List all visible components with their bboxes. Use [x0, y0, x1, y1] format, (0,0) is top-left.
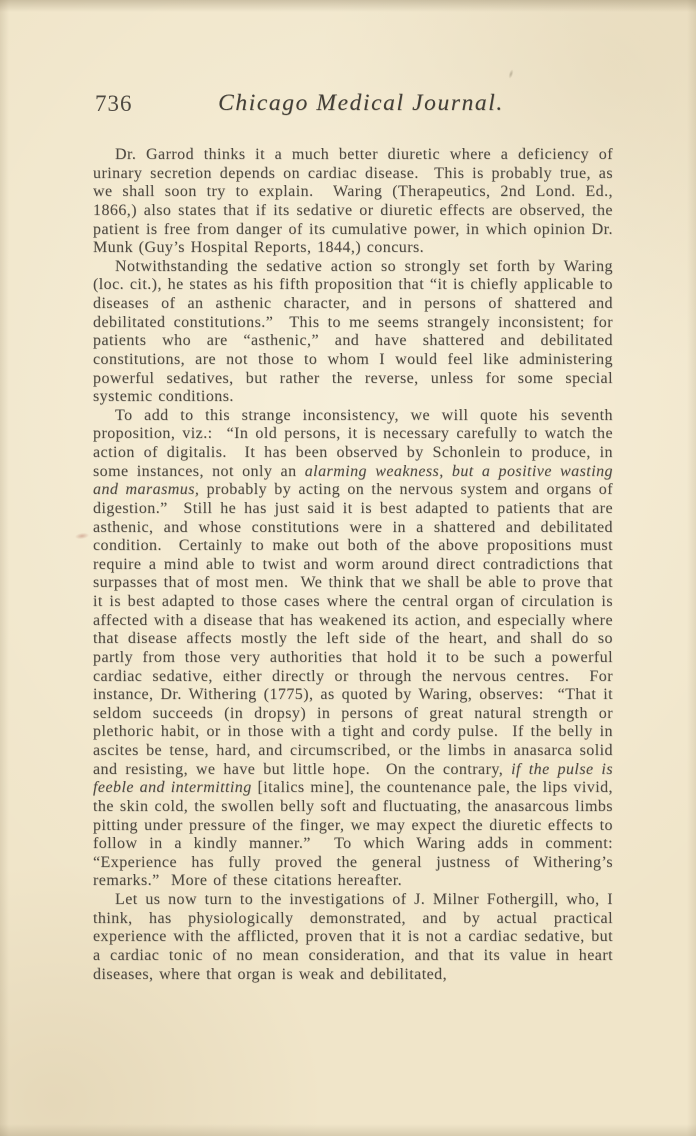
paragraph: Dr. Garrod thinks it a much better diure… [93, 146, 613, 258]
running-head: 736 Chicago Medical Journal. [93, 90, 613, 124]
paragraph: To add to this strange inconsistency, we… [93, 407, 613, 891]
paragraph: Let us now turn to the investigations of… [93, 891, 613, 984]
scanned-journal-page: 736 Chicago Medical Journal. Dr. Garrod … [0, 0, 696, 1136]
text-segment: Notwithstanding the sedative action so s… [93, 258, 619, 405]
text-segment: Dr. Garrod thinks it a much better diure… [93, 146, 619, 256]
text-segment: probably by acting on the nervous system… [93, 481, 619, 777]
scan-speck [508, 69, 515, 80]
journal-title: Chicago Medical Journal. [93, 90, 613, 117]
page-number: 736 [95, 91, 133, 117]
paragraph: Notwithstanding the sedative action so s… [93, 258, 613, 407]
text-segment: Let us now turn to the investigations of… [93, 891, 619, 983]
body-text: Dr. Garrod thinks it a much better diure… [93, 146, 613, 984]
scan-smudge [75, 532, 90, 540]
